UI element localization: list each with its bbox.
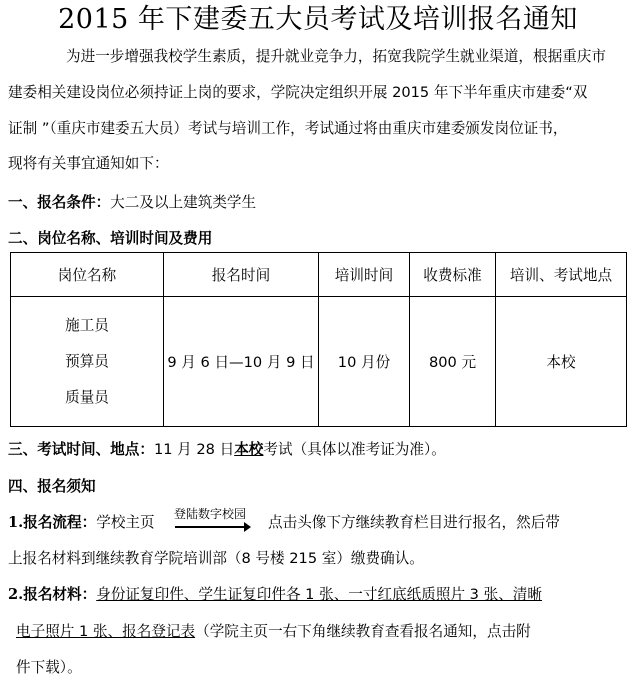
section-heading: 三、考试时间、地点： [8,441,154,458]
table-header: 报名时间 [164,253,319,297]
intro-line-1: 为进一步增强我校学生素质，提升就业竞争力，拓宽我院学生就业渠道，根据重庆市 [66,48,606,66]
section-heading-positions: 二、岗位名称、培训时间及费用 [8,230,212,248]
location-cell: 本校 [496,297,627,427]
page-title: 2015 年下建委五大员考试及培训报名通知 [0,2,636,38]
materials-note: （学院主页一右下角继续教育查看报名通知，点击附 [195,623,531,640]
process-label: 1.报名流程： [8,514,96,531]
process-line-1: 1.报名流程：学校主页 [8,514,155,532]
post-name: 预算员 [11,344,163,380]
materials-text: 电子照片 1 张、报名登记表 [16,623,195,640]
process-line-2: 上报名材料到继续教育学院培训部（8 号楼 215 室）缴费确认。 [8,550,424,568]
section-heading: 一、报名条件： [8,194,110,211]
post-name: 质量员 [11,380,163,416]
process-text-b: 点击头像下方继续教育栏目进行报名，然后带 [268,514,560,532]
exam-place: 本校 [234,441,263,458]
training-time-cell: 10 月份 [319,297,410,427]
signup-time-cell: 9 月 6 日—10 月 9 日 [164,297,319,427]
table-row: 施工员 预算员 质量员 9 月 6 日—10 月 9 日 10 月份 800 元… [11,297,627,427]
table-header: 岗位名称 [11,253,164,297]
positions-table: 岗位名称 报名时间 培训时间 收费标准 培训、考试地点 施工员 预算员 质量员 … [10,252,627,427]
materials-line-2: 电子照片 1 张、报名登记表（学院主页一右下角继续教育查看报名通知，点击附 [16,623,531,641]
exam-text: 考试（具体以准考证为准）。 [263,441,445,458]
intro-line-4: 现将有关事宜通知如下： [8,155,169,173]
intro-line-2: 建委相关建设岗位必须持证上岗的要求，学院决定组织开展 2015 年下半年重庆市建… [8,84,587,102]
table-header: 收费标准 [410,253,496,297]
materials-line-1: 2.报名材料：身份证复印件、学生证复印件各 1 张、一寸红底纸质照片 3 张、清… [8,586,542,604]
materials-text: 身份证复印件、学生证复印件各 1 张、一寸红底纸质照片 3 张、清晰 [96,586,542,603]
section-exam: 三、考试时间、地点：11 月 28 日本校考试（具体以准考证为准）。 [8,441,446,459]
table-header: 培训、考试地点 [496,253,627,297]
posts-cell: 施工员 预算员 质量员 [11,297,164,427]
process-text-a: 学校主页 [96,514,154,531]
arrow-right-icon [175,526,247,528]
table-header-row: 岗位名称 报名时间 培训时间 收费标准 培训、考试地点 [11,253,627,297]
materials-label: 2.报名材料： [8,586,96,603]
materials-line-3: 件下载）。 [16,659,82,677]
intro-line-3: 证制 ”（重庆市建委五大员）考试与培训工作，考试通过将由重庆市建委颁发岗位证书， [8,120,567,138]
section-eligibility: 一、报名条件：大二及以上建筑类学生 [8,194,256,212]
arrow-label: 登陆数字校园 [174,505,246,522]
eligibility-text: 大二及以上建筑类学生 [110,194,256,211]
section-heading-notice: 四、报名须知 [8,478,96,496]
post-name: 施工员 [11,308,163,344]
exam-date: 11 月 28 日 [154,441,234,458]
fee-cell: 800 元 [410,297,496,427]
table-header: 培训时间 [319,253,410,297]
